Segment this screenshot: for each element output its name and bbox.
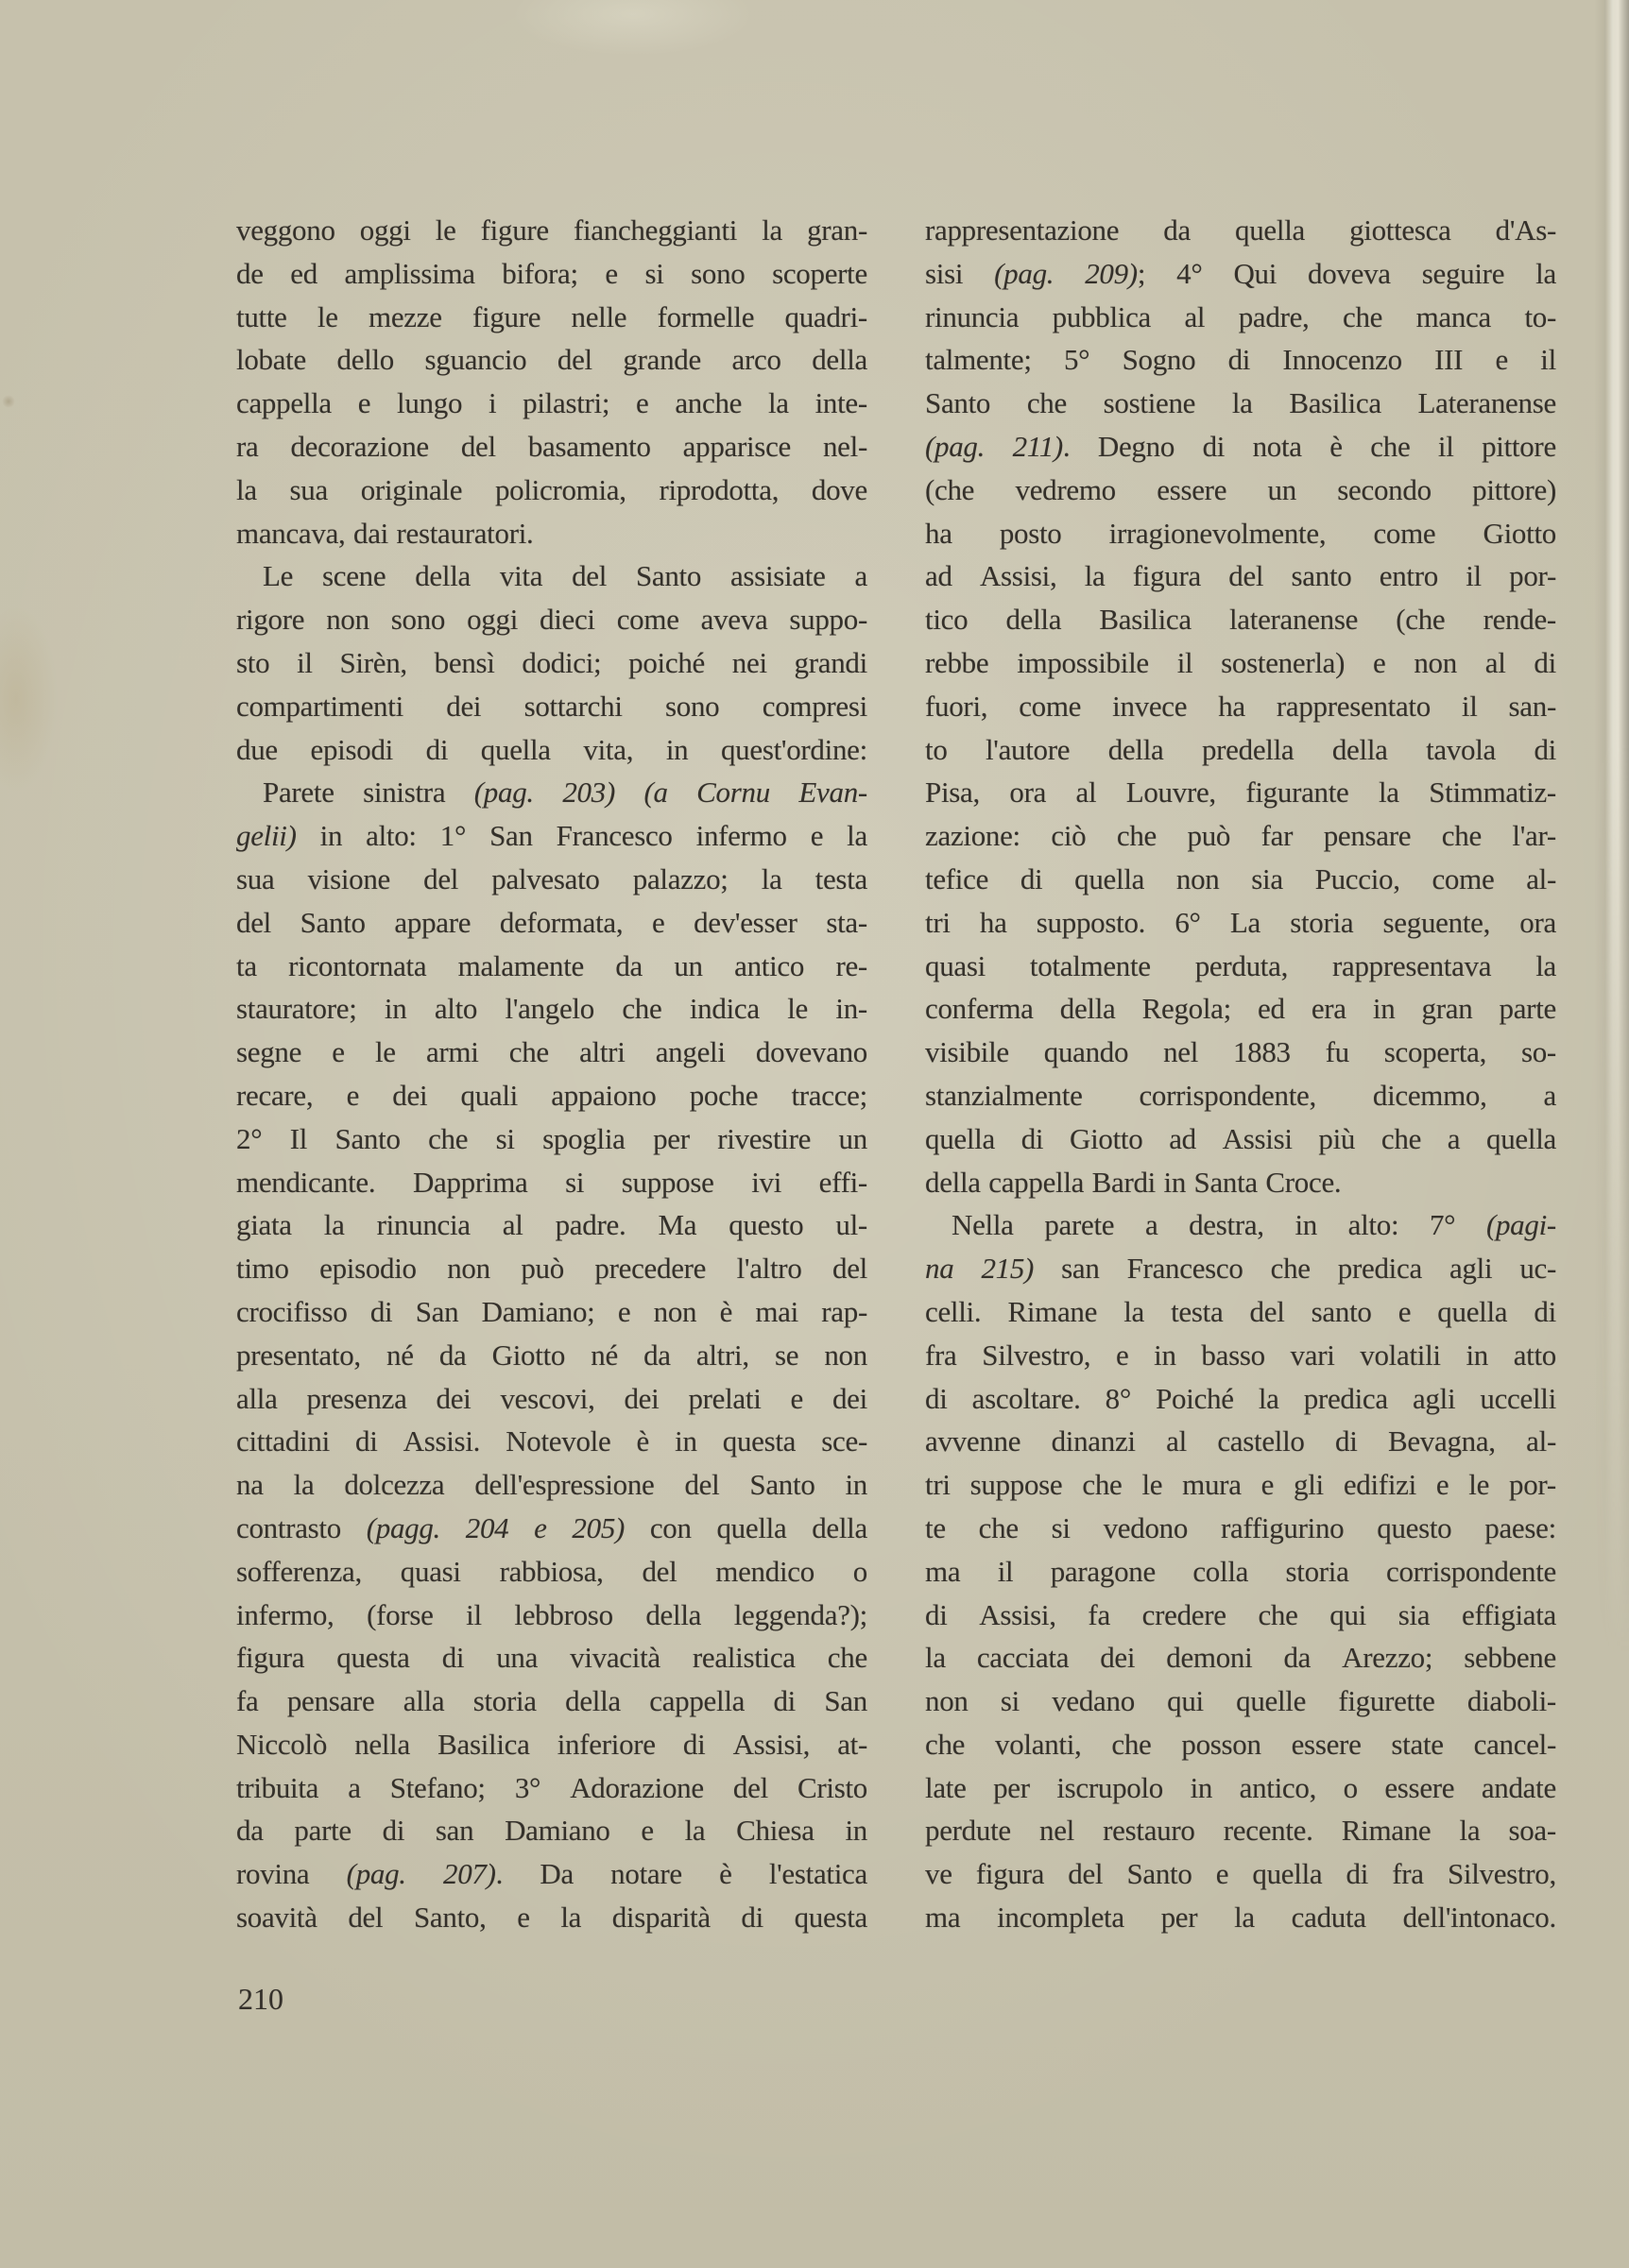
text-line: presentato,nédaGiottonédaaltri,senon	[236, 1334, 867, 1377]
text-line: timoepisodiononpuòprecederel'altrodel	[236, 1247, 867, 1290]
word: figura	[976, 1852, 1044, 1896]
word: la	[1123, 1290, 1144, 1334]
text-line: radecorazionedelbasamentoappariscenel-	[236, 425, 867, 469]
word: poiché	[628, 641, 705, 685]
word: Le	[263, 554, 293, 598]
word: recare,	[236, 1074, 313, 1117]
word: è	[637, 1420, 649, 1463]
word: decorazione	[290, 425, 428, 469]
text-line: quelladiGiottoadAssisipiùcheaquella	[925, 1117, 1556, 1161]
word: a	[1145, 1203, 1157, 1247]
word: nelle	[572, 296, 627, 339]
word: 7°	[1430, 1203, 1455, 1247]
word: e	[1373, 641, 1385, 685]
word: (a	[643, 771, 667, 814]
word: basso	[1201, 1334, 1264, 1377]
text-line: tol'autoredellapredelladellatavoladi	[925, 728, 1556, 772]
word: (pag.	[347, 1852, 406, 1896]
word: al-	[1526, 1420, 1556, 1463]
word: tutte	[236, 296, 287, 339]
word: agli	[1413, 1377, 1455, 1421]
word: figure	[481, 209, 549, 252]
word: in	[1466, 1334, 1488, 1377]
word: tri	[925, 1463, 951, 1507]
word: 2°	[236, 1117, 262, 1161]
word: Basilica	[1289, 382, 1380, 425]
word: la	[1232, 382, 1253, 425]
word: tri	[925, 901, 951, 945]
word: 204	[466, 1507, 509, 1550]
word: di	[1346, 1852, 1369, 1896]
word: mezze	[369, 296, 442, 339]
word: l'estatica	[769, 1852, 867, 1896]
word: suppose	[970, 1463, 1063, 1507]
word: agli	[1449, 1247, 1492, 1290]
word: come	[617, 598, 679, 641]
word: lateranense	[1229, 598, 1358, 641]
word: essere	[1292, 1723, 1362, 1766]
word: figure	[472, 296, 540, 339]
word: ad	[925, 554, 952, 598]
word: ciò	[1051, 814, 1086, 858]
word: dell'espressione	[474, 1463, 654, 1507]
text-line: segneelearmichealtriangelidovevano	[236, 1031, 867, 1074]
word: Poiché	[1156, 1377, 1234, 1421]
word: sebbene	[1464, 1636, 1556, 1680]
word: in	[1154, 1334, 1176, 1377]
word: e	[652, 901, 664, 945]
word: Nella	[952, 1203, 1014, 1247]
word: la	[1259, 1377, 1279, 1421]
word: sono	[691, 252, 745, 296]
word: vita	[500, 554, 542, 598]
word: in	[1295, 1203, 1317, 1247]
word: aveva	[701, 598, 768, 641]
word: perdute	[925, 1809, 1011, 1852]
word: mendicante.	[236, 1161, 375, 1204]
word: Evan-	[798, 771, 867, 814]
text-line: (chevedremoessereunsecondopittore)	[925, 469, 1556, 512]
word: essere	[1384, 1766, 1454, 1810]
text-line: stanzialmentecorrispondente,dicemmo,a	[925, 1074, 1556, 1117]
word: policromia,	[495, 469, 626, 512]
word: ha	[925, 512, 952, 555]
word: restauratori.	[396, 512, 533, 555]
word: rabbiosa,	[500, 1550, 604, 1594]
word: Arezzo;	[1342, 1636, 1432, 1680]
word: e	[605, 252, 617, 296]
word: si	[496, 1117, 515, 1161]
word: nota	[1253, 425, 1302, 469]
word: state	[1391, 1723, 1443, 1766]
word: Giotto	[492, 1334, 565, 1377]
word: quella	[1235, 209, 1305, 252]
word: totalmente	[1030, 945, 1151, 988]
word: dello	[337, 338, 395, 382]
word: appaiono	[551, 1074, 656, 1117]
word: qui	[1167, 1680, 1204, 1723]
word: sinistra	[363, 771, 445, 814]
word: gran	[1422, 987, 1473, 1031]
word: ra	[236, 425, 258, 469]
word: sguancio	[425, 338, 527, 382]
word: precedere	[594, 1247, 706, 1290]
word: né	[591, 1334, 618, 1377]
word: amplissima	[345, 252, 475, 296]
word: dolcezza	[344, 1463, 444, 1507]
word: dei	[392, 1074, 427, 1117]
word: era	[1312, 987, 1346, 1031]
word: che	[1271, 1247, 1311, 1290]
word: armi	[426, 1031, 479, 1074]
word: mai	[755, 1290, 798, 1334]
word: dieci	[540, 598, 595, 641]
word: vari	[1291, 1334, 1335, 1377]
word: storia	[473, 1680, 537, 1723]
word: Cornu	[696, 771, 770, 814]
word: quadri-	[785, 296, 867, 339]
word: Croce.	[1265, 1161, 1341, 1204]
word: rende-	[1483, 598, 1556, 641]
word: della	[565, 1680, 621, 1723]
word: 205)	[572, 1507, 625, 1550]
word: la	[1085, 554, 1106, 598]
word: come	[1432, 858, 1494, 901]
word: rigore	[236, 598, 304, 641]
word: alla	[403, 1680, 445, 1723]
word: nel	[1039, 1809, 1074, 1852]
word: quasi	[925, 945, 986, 988]
word: mancava,	[236, 512, 346, 555]
word: scoperte	[772, 252, 867, 296]
word: Santo	[300, 901, 366, 945]
word: (forse	[367, 1594, 434, 1637]
word: arco	[732, 338, 781, 382]
text-line: fapensareallastoriadellacappelladiSan	[236, 1680, 867, 1723]
word: ora	[1009, 771, 1046, 814]
word: vedono	[1104, 1507, 1188, 1550]
word: che	[979, 1507, 1019, 1550]
word: da	[236, 1809, 264, 1852]
word: del	[1068, 1852, 1103, 1896]
word: questa	[336, 1636, 409, 1680]
word: apparisce	[683, 425, 791, 469]
word: che	[1442, 814, 1482, 858]
word: se	[775, 1334, 798, 1377]
word: dei	[446, 685, 481, 728]
word: della	[1005, 598, 1061, 641]
word: al	[1485, 641, 1506, 685]
book-page: veggonooggilefigurefiancheggiantilagran-…	[0, 0, 1629, 2268]
word: si	[1001, 1680, 1020, 1723]
word: ed	[1258, 987, 1285, 1031]
text-line: dueepisodidiquellavita,inquest'ordine:	[236, 728, 867, 772]
text-line: crocifissodiSanDamiano;enonèmairap-	[236, 1290, 867, 1334]
word: antico,	[1240, 1766, 1316, 1810]
word: grandi	[795, 641, 867, 685]
word: il	[998, 1550, 1014, 1594]
word: san	[1061, 1247, 1099, 1290]
text-line: visibilequandonel1883fuscoperta,so-	[925, 1031, 1556, 1074]
text-line: mailparagonecollastoriacorrispondente	[925, 1550, 1556, 1594]
word: alto:	[1348, 1203, 1399, 1247]
word: lobate	[236, 338, 306, 382]
word: colla	[1192, 1550, 1248, 1594]
word: fu	[1326, 1031, 1349, 1074]
word: 203)	[562, 771, 615, 814]
word: è	[720, 1290, 732, 1334]
word: o	[1344, 1766, 1358, 1810]
word: i	[489, 382, 496, 425]
text-line: cappellaelungoipilastri;eanchelainte-	[236, 382, 867, 425]
word: mura	[1182, 1463, 1242, 1507]
word: e	[811, 814, 823, 858]
word: la	[294, 1463, 315, 1507]
word: non	[654, 1290, 697, 1334]
word: questo	[1377, 1507, 1451, 1550]
word: e	[347, 1074, 359, 1117]
text-line: dapartedisanDamianoelaChiesain	[236, 1809, 867, 1852]
word: della	[812, 338, 867, 382]
word: castello	[1217, 1420, 1304, 1463]
word: di	[426, 728, 449, 772]
text-line: SantochesostienelaBasilicaLateranense	[925, 382, 1556, 425]
word: credere	[1142, 1594, 1226, 1637]
word: paragone	[1051, 1550, 1156, 1594]
word: la	[1379, 771, 1399, 814]
word: assisiate	[730, 554, 826, 598]
word: recente.	[1224, 1809, 1313, 1852]
word: crocifisso	[236, 1290, 348, 1334]
word: ma	[925, 1896, 960, 1939]
word: sta-	[826, 901, 867, 945]
word: pilastri;	[523, 382, 609, 425]
word: soavità	[236, 1896, 317, 1939]
word: dove	[812, 469, 867, 512]
word: pensare	[287, 1680, 375, 1723]
word: volatili	[1360, 1334, 1440, 1377]
word: bensì	[435, 641, 495, 685]
word: la	[768, 382, 789, 425]
text-line: allapresenzadeivescovi,deiprelatiedei	[236, 1377, 867, 1421]
word: del	[733, 1766, 768, 1810]
word: e	[636, 382, 648, 425]
word: Santo	[1126, 1852, 1192, 1896]
word: che	[828, 1636, 867, 1680]
word: supposto.	[1037, 901, 1145, 945]
word: Adorazione	[570, 1766, 704, 1810]
word: ed	[290, 252, 317, 296]
word: del	[1228, 554, 1263, 598]
word: vivacità	[570, 1636, 660, 1680]
word: che	[509, 1031, 549, 1074]
text-line: fraSilvestro,einbassovarivolatiliinatto	[925, 1334, 1556, 1377]
text-line: fuori,comeinveceharappresentatoilsan-	[925, 685, 1556, 728]
word: può	[1188, 814, 1231, 858]
word: si	[644, 252, 663, 296]
word: della	[812, 1507, 867, 1550]
word: non	[925, 1680, 969, 1723]
word: fra	[925, 1334, 957, 1377]
word: quella	[481, 728, 551, 772]
word: angeli	[656, 1031, 726, 1074]
word: la	[847, 814, 867, 858]
word: e	[1116, 1334, 1128, 1377]
word: di	[1534, 1290, 1556, 1334]
text-line: quasitotalmenteperduta,rappresentavala	[925, 945, 1556, 988]
word: Bardi	[1092, 1161, 1156, 1204]
word: quella	[1252, 1852, 1322, 1896]
word: Francesco	[557, 814, 673, 858]
word: episodi	[311, 728, 393, 772]
text-line: maincompletaperlacadutadell'intonaco.	[925, 1896, 1556, 1939]
word: Assisi.	[403, 1420, 480, 1463]
word: del	[461, 425, 496, 469]
page-number: 210	[238, 1980, 283, 2018]
word: due	[236, 728, 278, 772]
text-line: sisi(pag.209);4°Quidovevaseguirela	[925, 252, 1556, 296]
text-line: trisupposechelemuraegliedifizielepor-	[925, 1463, 1556, 1507]
word: sua	[236, 858, 274, 901]
word: sofferenza,	[236, 1550, 362, 1594]
word: quella	[716, 1507, 786, 1550]
word: questo	[729, 1203, 803, 1247]
word: le	[375, 1031, 396, 1074]
word: vedano	[1052, 1680, 1135, 1723]
word: (che	[925, 469, 974, 512]
page-edge-shadow	[1595, 0, 1629, 1653]
word: più	[1318, 1117, 1355, 1161]
word: bifora;	[502, 252, 578, 296]
word: alla	[236, 1377, 278, 1421]
word: Ma	[658, 1203, 696, 1247]
word: nei	[732, 641, 767, 685]
word: e	[332, 1031, 344, 1074]
word: sia	[1251, 858, 1283, 901]
text-line: Pisa,oraalLouvre,figurantelaStimmatiz-	[925, 771, 1556, 814]
word: episodio	[319, 1247, 417, 1290]
word: restauro	[1103, 1809, 1194, 1852]
text-line: rovina(pag.207).Danotareèl'estatica	[236, 1852, 867, 1896]
word: che	[622, 987, 661, 1031]
word: questa	[795, 1896, 867, 1939]
word: Giotto	[1070, 1117, 1142, 1161]
word: non	[1176, 858, 1220, 901]
word: che	[428, 1117, 468, 1161]
word: to	[925, 728, 948, 772]
text-line: (pag.211).Degnodinotaècheilpittore	[925, 425, 1556, 469]
word: Silvestro,	[982, 1334, 1090, 1377]
word: quella	[1486, 1117, 1556, 1161]
word: dell'intonaco.	[1403, 1896, 1556, 1939]
word: è	[719, 1852, 731, 1896]
word: e	[618, 1290, 630, 1334]
word: at-	[837, 1723, 867, 1766]
word: santo	[1312, 1290, 1372, 1334]
text-line: tuttelemezzefigurenelleformellequadri-	[236, 296, 867, 339]
word: del	[832, 1247, 867, 1290]
word: infermo,	[236, 1594, 334, 1637]
word: Damiano;	[482, 1290, 595, 1334]
word: a	[854, 554, 866, 598]
word: destra,	[1189, 1203, 1264, 1247]
word: non	[1414, 641, 1457, 685]
word: ul-	[835, 1203, 867, 1247]
word: in	[1191, 1766, 1213, 1810]
text-line: teficediquellanonsiaPuccio,comeal-	[925, 858, 1556, 901]
word: al	[503, 1203, 523, 1247]
word: si	[565, 1161, 584, 1204]
word: re-	[835, 945, 867, 988]
word: nel-	[823, 425, 867, 469]
paper-stain	[510, 0, 756, 57]
word: andate	[1482, 1766, 1556, 1810]
word: Assisi,	[980, 554, 1056, 598]
word: Regola;	[1142, 987, 1231, 1031]
word: né	[386, 1334, 414, 1377]
word: oggi	[467, 598, 518, 641]
word: far	[1261, 814, 1294, 858]
word: Stefano;	[390, 1766, 486, 1810]
word: originale	[361, 469, 462, 512]
word: ricontornata	[288, 945, 426, 988]
word: alto:	[366, 814, 417, 858]
word: predella	[1202, 728, 1294, 772]
word: 6°	[1175, 901, 1200, 945]
word: predica	[1338, 1247, 1422, 1290]
word: tefice	[925, 858, 988, 901]
word: sia	[1398, 1594, 1431, 1637]
text-line: nonsivedanoquiquellefigurettediaboli-	[925, 1680, 1556, 1723]
word: sono	[665, 685, 719, 728]
word: da	[1163, 209, 1191, 252]
word: rappresentazione	[925, 209, 1119, 252]
word: la	[1234, 1896, 1255, 1939]
word: impossibile	[1017, 641, 1149, 685]
word: sostiene	[1104, 382, 1195, 425]
word: rappresentato	[1277, 685, 1431, 728]
word: che	[1258, 1594, 1297, 1637]
word: Chiesa	[736, 1809, 814, 1852]
word: Santo	[335, 1117, 401, 1161]
word: Assisi	[1223, 1117, 1293, 1161]
word: prelati	[688, 1377, 761, 1421]
word: scoperta,	[1384, 1031, 1486, 1074]
text-line: diAssisi,facrederechequisiaeffigiata	[925, 1594, 1556, 1637]
word: quasi	[401, 1550, 461, 1594]
word: perduta,	[1195, 945, 1288, 988]
word: le	[787, 987, 808, 1031]
word: (pagi-	[1486, 1203, 1556, 1247]
word: storia	[1286, 1550, 1349, 1594]
word: e	[517, 1896, 529, 1939]
text-line: gelii)inalto:1°SanFrancescoinfermoela	[236, 814, 867, 858]
word: padre,	[1239, 296, 1310, 339]
word: Assisi,	[733, 1723, 810, 1766]
word: che	[925, 1723, 965, 1766]
word: caduta	[1292, 1896, 1366, 1939]
word: che	[1343, 296, 1382, 339]
word: d'As-	[1496, 209, 1556, 252]
word: a	[1448, 1117, 1460, 1161]
word: l'angelo	[506, 987, 594, 1031]
word: invece	[1112, 685, 1187, 728]
word: sottarchi	[524, 685, 623, 728]
word: vedremo	[1016, 469, 1116, 512]
text-line: lasuaoriginalepolicromia,riprodotta,dove	[236, 469, 867, 512]
word: spoglia	[542, 1117, 625, 1161]
word: di	[1228, 338, 1251, 382]
